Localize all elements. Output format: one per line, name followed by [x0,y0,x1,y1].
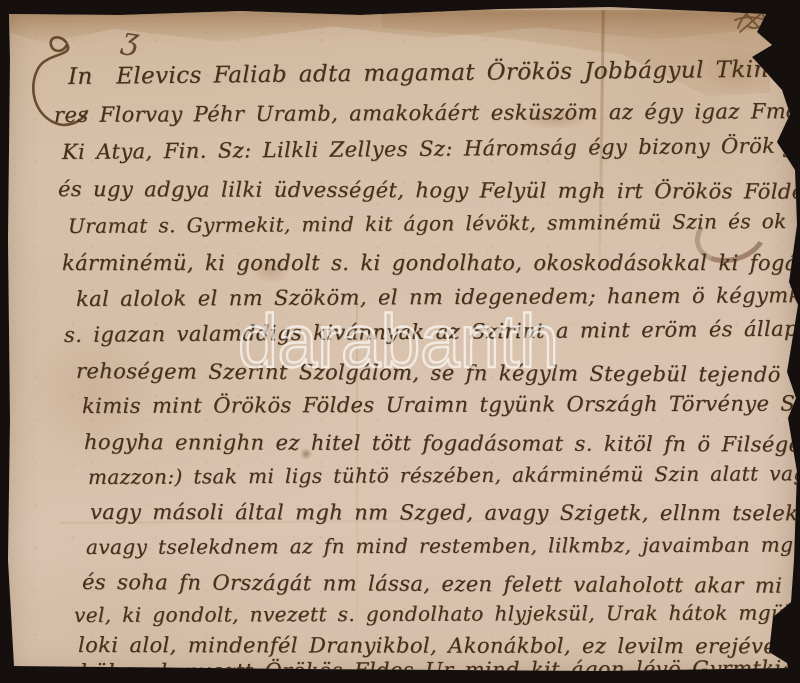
manuscript-line: vagy másoli által mgh nm Szged, avagy Sz… [90,500,800,525]
manuscript-paper: ʒ In Elevics Faliab adta magamat Örökös … [0,0,800,683]
manuscript-line: hül mgh nveztt Örökös Fldes Ur mind kit … [80,656,800,683]
manuscript-line: s. igazan valamddigs kivánnyak az Szirin… [64,316,800,347]
manuscript-line: kal alolok el nm Szököm, el nm idegenede… [76,283,800,311]
manuscript-line: Uramat s. Gyrmekit, mind kit ágon lévökt… [68,208,800,238]
manuscript-line: rehoségem Szerint Szolgálom, se fn kégyl… [76,359,800,387]
manuscript-line: mazzon:) tsak mi ligs tühtö részében, ak… [88,461,800,489]
manuscript-line: In Elevics Faliab adta magamat Örökös Jo… [68,55,800,90]
manuscript-line: avagy tselekdnem az fn mind restemben, l… [86,532,800,559]
manuscript-line: Ki Atya, Fin. Sz: Lilkli Zellyes Sz: Hár… [62,133,800,164]
manuscript-line: hogyha ennighn ez hitel tött fogadásomat… [84,430,800,457]
manuscript-text: In Elevics Faliab adta magamat Örökös Jo… [0,0,800,683]
manuscript-line: vel, ki gondolt, nvezett s. gondolhato h… [74,600,800,627]
manuscript-line: és ugy adgya lilki üdvességét, hogy Fely… [58,177,800,204]
manuscript-line: kárminémü, ki gondolt s. ki gondolhato, … [62,251,800,275]
photo-backdrop: ʒ In Elevics Faliab adta magamat Örökös … [0,0,800,683]
manuscript-line: kimis mint Örökös Földes Uraimn tgyünk O… [82,391,800,418]
manuscript-line: és soha fn Országát nm lássa, ezen felet… [82,570,800,598]
manuscript-line: loki alol, mindenfél Dranyikbol, Akonákb… [78,633,800,658]
manuscript-line: res Florvay Péhr Uramb, amakokáért esküs… [54,99,800,127]
